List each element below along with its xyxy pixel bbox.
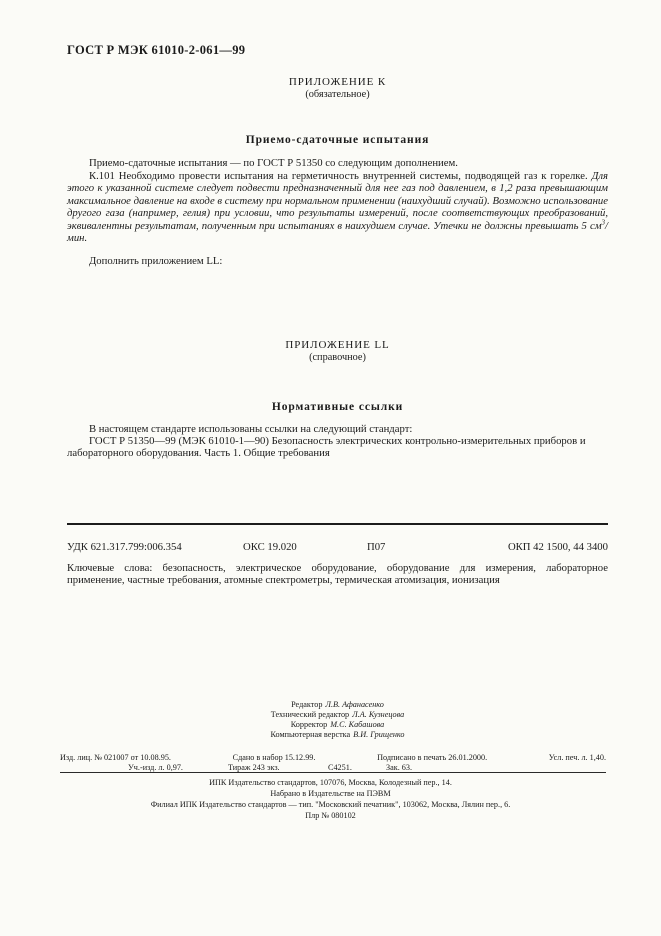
- appendix-k-title: Приемо-сдаточные испытания: [246, 134, 429, 146]
- publishing-license: Изд. лиц. № 021007 от 10.08.95.: [60, 753, 171, 763]
- credit-line-layout: Компьютерная версткаВ.И. Грищенко: [67, 730, 608, 740]
- appendix-ll-intro-paragraph: В настоящем стандарте использованы ссылк…: [67, 423, 608, 435]
- appendix-k-heading: ПРИЛОЖЕНИЕ К (обязательное): [67, 76, 608, 101]
- printing-license-number: Плр № 080102: [35, 810, 626, 821]
- printing-house-address: Филиал ИПК Издательство стандартов — тип…: [35, 799, 626, 810]
- normative-reference: ГОСТ Р 51350—99 (МЭК 61010-1—90) Безопас…: [67, 435, 608, 460]
- credit-line-editor: РедакторЛ.В. Афанасенко: [67, 700, 608, 710]
- imprint-row-1: Изд. лиц. № 021007 от 10.08.95. Сдано в …: [60, 753, 606, 763]
- okp-number: ОКП 42 1500, 44 3400: [508, 541, 608, 553]
- credit-label: Технический редактор: [271, 710, 349, 719]
- appendix-ll-label: ПРИЛОЖЕНИЕ LL: [67, 339, 608, 352]
- appendix-ll-heading: ПРИЛОЖЕНИЕ LL (справочное): [67, 339, 608, 364]
- credit-name: Л.В. Афанасенко: [325, 700, 383, 709]
- appendix-ll-kind: (справочное): [67, 352, 608, 364]
- credit-label: Редактор: [291, 700, 322, 709]
- horizontal-rule-top: [67, 523, 608, 525]
- publisher-address-block: ИПК Издательство стандартов, 107076, Мос…: [35, 777, 626, 821]
- document-page: ГОСТ Р МЭК 61010-2-061—99 ПРИЛОЖЕНИЕ К (…: [0, 0, 661, 936]
- print-approval-date: Подписано в печать 26.01.2000.: [377, 753, 487, 763]
- appendix-k-intro-paragraph: Приемо-сдаточные испытания — по ГОСТ Р 5…: [67, 157, 608, 169]
- clause-k101-lead: К.101 Необходимо провести испытания на г…: [89, 170, 592, 182]
- appendix-ll-title-row: Нормативные ссылки: [67, 397, 608, 415]
- credits-block: РедакторЛ.В. Афанасенко Технический реда…: [67, 700, 608, 740]
- standard-code: ГОСТ Р МЭК 61010-2-061—99: [67, 43, 245, 58]
- credit-label: Корректор: [291, 720, 328, 729]
- appendix-k-kind: (обязательное): [67, 89, 608, 101]
- appendix-k-title-row: Приемо-сдаточные испытания: [67, 130, 608, 148]
- credit-line-proofreader: КорректорМ.С. Кабашова: [67, 720, 608, 730]
- classification-row: УДК 621.317.799:006.354 ОКС 19.020 П07 О…: [67, 541, 608, 554]
- classification-code: П07: [367, 541, 385, 553]
- credit-label: Компьютерная верстка: [270, 730, 350, 739]
- printed-sheets: Усл. печ. л. 1,40.: [549, 753, 606, 763]
- typeset-date: Сдано в набор 15.12.99.: [233, 753, 316, 763]
- appendix-k-label: ПРИЛОЖЕНИЕ К: [67, 76, 608, 89]
- udk-number: УДК 621.317.799:006.354: [67, 541, 182, 553]
- horizontal-rule-bottom: [60, 772, 606, 773]
- typesetting-note: Набрано в Издательстве на ПЭВМ: [35, 788, 626, 799]
- credit-name: М.С. Кабашова: [330, 720, 384, 729]
- oks-number: ОКС 19.020: [243, 541, 297, 553]
- publisher-address: ИПК Издательство стандартов, 107076, Мос…: [35, 777, 626, 788]
- appendix-ll-title: Нормативные ссылки: [272, 401, 403, 413]
- credit-line-technical-editor: Технический редакторЛ.А. Кузнецова: [67, 710, 608, 720]
- keywords-paragraph: Ключевые слова: безопасность, электричес…: [67, 562, 608, 587]
- clause-k101-paragraph: К.101 Необходимо провести испытания на г…: [67, 170, 608, 244]
- credit-name: Л.А. Кузнецова: [352, 710, 404, 719]
- supplement-note: Дополнить приложением LL:: [67, 255, 608, 267]
- credit-name: В.И. Грищенко: [353, 730, 404, 739]
